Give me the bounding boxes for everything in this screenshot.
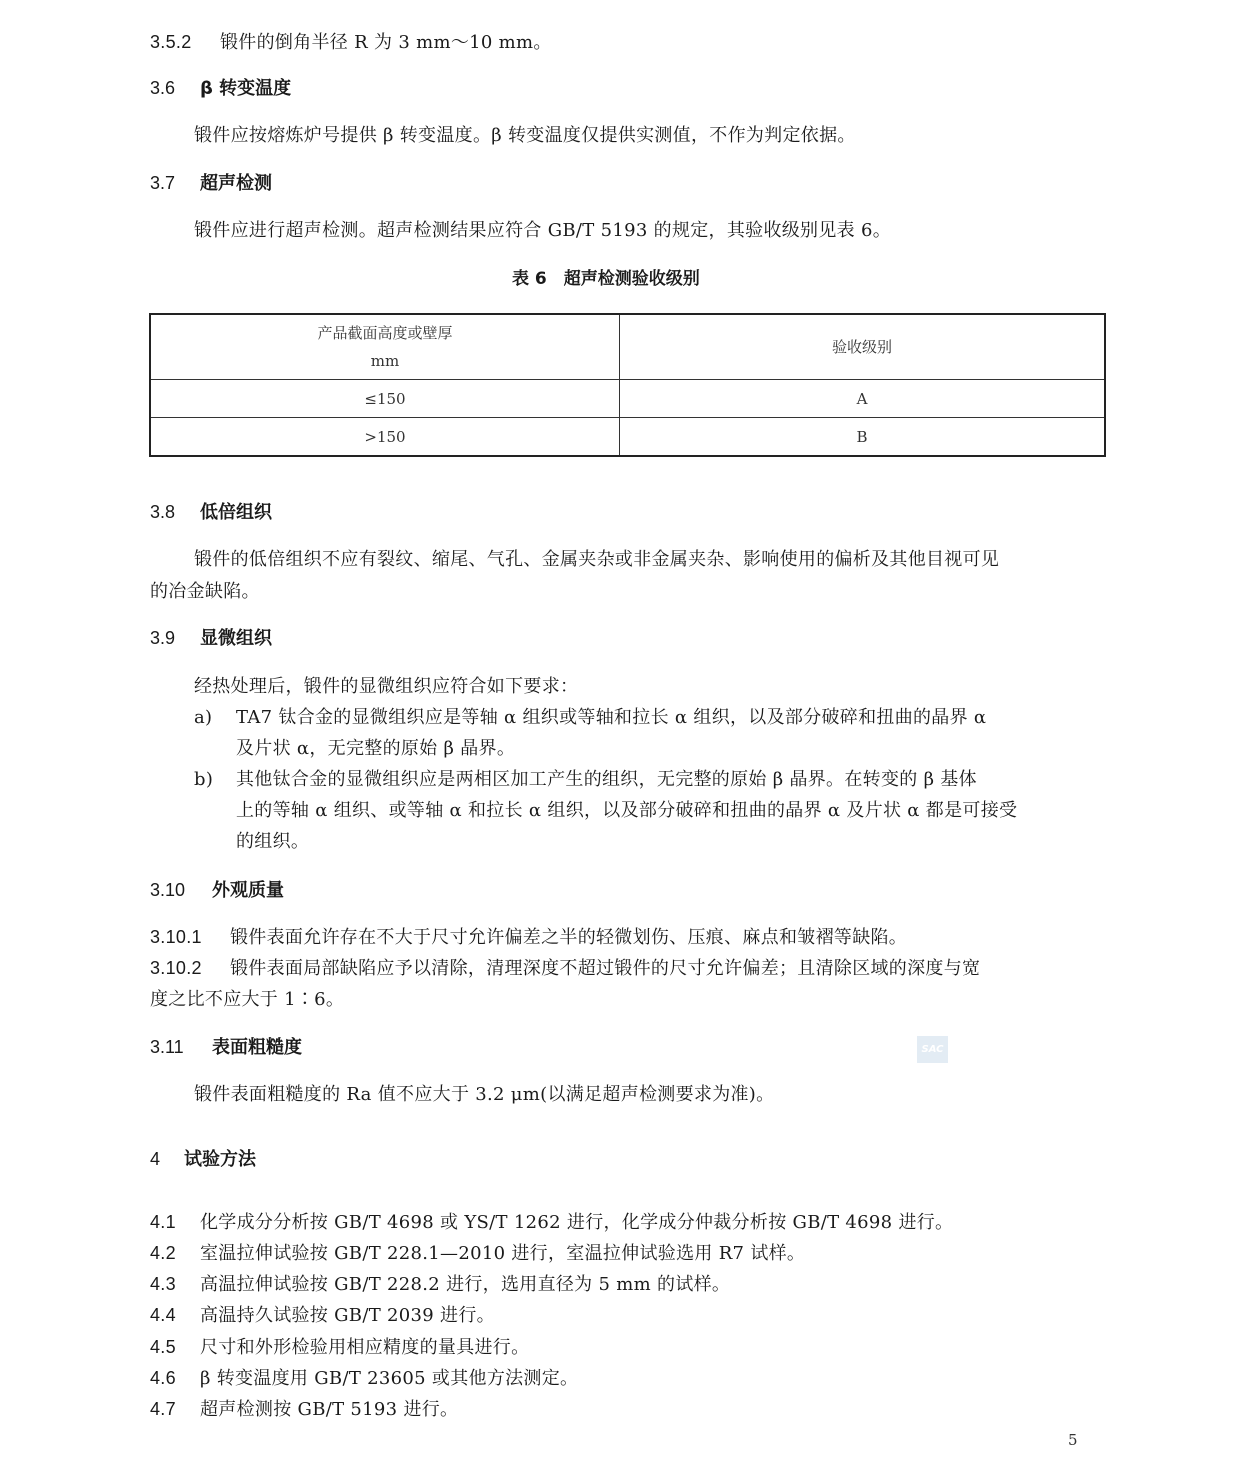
clause-number: 4.7 xyxy=(150,1399,200,1420)
section-heading-3-11: 3.11表面粗糙度 xyxy=(150,1033,302,1059)
section-title: β 转变温度 xyxy=(200,78,291,99)
section-number: 3.10 xyxy=(150,880,212,901)
list-item-b-line3: 的组织。 xyxy=(236,827,309,853)
clause-text: 锻件的倒角半径 R 为 3 mm～10 mm。 xyxy=(220,32,552,53)
clause-number: 4.4 xyxy=(150,1305,200,1326)
list-item-a: a)TA7 钛合金的显微组织应是等轴 α 组织或等轴和拉长 α 组织，以及部分破… xyxy=(194,703,986,729)
clause-4-4: 4.4高温持久试验按 GB/T 2039 进行。 xyxy=(150,1301,495,1327)
cell-grade: A xyxy=(620,380,1106,418)
clause-4-3: 4.3高温拉伸试验按 GB/T 228.2 进行，选用直径为 5 mm 的试样。 xyxy=(150,1270,730,1296)
header-unit: mm xyxy=(152,347,618,375)
clause-number: 3.5.2 xyxy=(150,32,220,53)
clause-3-10-2-line2: 度之比不应大于 1∶6。 xyxy=(150,985,344,1011)
page-number: 5 xyxy=(1068,1431,1078,1449)
clause-3-5-2: 3.5.2锻件的倒角半径 R 为 3 mm～10 mm。 xyxy=(150,28,552,54)
column-header-grade: 验收级别 xyxy=(620,314,1106,380)
section-number: 3.11 xyxy=(150,1037,212,1058)
clause-text: 锻件表面允许存在不大于尺寸允许偏差之半的轻微划伤、压痕、麻点和皱褶等缺陷。 xyxy=(230,927,907,948)
clause-4-6: 4.6β 转变温度用 GB/T 23605 或其他方法测定。 xyxy=(150,1364,578,1390)
column-header-thickness: 产品截面高度或壁厚 mm xyxy=(150,314,620,380)
list-item-a-line2: 及片状 α，无完整的原始 β 晶界。 xyxy=(236,734,515,760)
clause-number: 4.1 xyxy=(150,1212,200,1233)
section-number: 3.6 xyxy=(150,78,200,99)
sac-watermark-logo: SAC xyxy=(917,1036,948,1063)
clause-text: 室温拉伸试验按 GB/T 228.1—2010 进行，室温拉伸试验选用 R7 试… xyxy=(200,1243,805,1264)
clause-text: 高温持久试验按 GB/T 2039 进行。 xyxy=(200,1305,495,1326)
clause-4-5: 4.5尺寸和外形检验用相应精度的量具进行。 xyxy=(150,1333,529,1359)
section-heading-3-9: 3.9显微组织 xyxy=(150,624,272,650)
acceptance-grade-table: 产品截面高度或壁厚 mm 验收级别 ≤150 A >150 B xyxy=(149,313,1106,457)
table-caption: 表 6 超声检测验收级别 xyxy=(512,264,700,289)
clause-number: 4.2 xyxy=(150,1243,200,1264)
clause-number: 4.6 xyxy=(150,1368,200,1389)
section-title: 试验方法 xyxy=(184,1149,256,1170)
list-label: a) xyxy=(194,707,236,728)
section-number: 4 xyxy=(150,1149,184,1170)
clause-4-7: 4.7超声检测按 GB/T 5193 进行。 xyxy=(150,1395,458,1421)
clause-number: 4.5 xyxy=(150,1337,200,1358)
clause-text: 化学成分分析按 GB/T 4698 或 YS/T 1262 进行，化学成分仲裁分… xyxy=(200,1212,953,1233)
clause-number: 3.10.1 xyxy=(150,927,230,948)
section-heading-4: 4试验方法 xyxy=(150,1145,256,1171)
section-body-3-7: 锻件应进行超声检测。超声检测结果应符合 GB/T 5193 的规定，其验收级别见… xyxy=(194,216,891,242)
section-body-3-11: 锻件表面粗糙度的 Ra 值不应大于 3.2 μm(以满足超声检测要求为准)。 xyxy=(194,1080,774,1106)
clause-4-2: 4.2室温拉伸试验按 GB/T 228.1—2010 进行，室温拉伸试验选用 R… xyxy=(150,1239,805,1265)
section-number: 3.8 xyxy=(150,502,200,523)
list-item-b-line2: 上的等轴 α 组织、或等轴 α 和拉长 α 组织，以及部分破碎和扭曲的晶界 α … xyxy=(236,796,1017,822)
section-title: 外观质量 xyxy=(212,880,284,901)
section-heading-3-8: 3.8低倍组织 xyxy=(150,498,272,524)
clause-text: 尺寸和外形检验用相应精度的量具进行。 xyxy=(200,1337,529,1358)
clause-4-1: 4.1化学成分分析按 GB/T 4698 或 YS/T 1262 进行，化学成分… xyxy=(150,1208,953,1234)
cell-thickness: ≤150 xyxy=(150,380,620,418)
clause-text: 高温拉伸试验按 GB/T 228.2 进行，选用直径为 5 mm 的试样。 xyxy=(200,1274,730,1295)
clause-text: 锻件表面局部缺陷应予以清除，清理深度不超过锻件的尺寸允许偏差；且清除区域的深度与… xyxy=(230,958,980,979)
section-number: 3.7 xyxy=(150,173,200,194)
clause-number: 4.3 xyxy=(150,1274,200,1295)
section-title: 显微组织 xyxy=(200,628,272,649)
table-row: ≤150 A xyxy=(150,380,1105,418)
list-text: 其他钛合金的显微组织应是两相区加工产生的组织，无完整的原始 β 晶界。在转变的 … xyxy=(236,769,977,790)
clause-text: β 转变温度用 GB/T 23605 或其他方法测定。 xyxy=(200,1368,578,1389)
table-header-row: 产品截面高度或壁厚 mm 验收级别 xyxy=(150,314,1105,380)
clause-3-10-1: 3.10.1锻件表面允许存在不大于尺寸允许偏差之半的轻微划伤、压痕、麻点和皱褶等… xyxy=(150,923,907,949)
clause-text: 超声检测按 GB/T 5193 进行。 xyxy=(200,1399,458,1420)
list-label: b) xyxy=(194,769,236,790)
section-heading-3-7: 3.7超声检测 xyxy=(150,169,272,195)
section-body-3-8-line1: 锻件的低倍组织不应有裂纹、缩尾、气孔、金属夹杂或非金属夹杂、影响使用的偏析及其他… xyxy=(194,545,999,571)
section-body-3-6: 锻件应按熔炼炉号提供 β 转变温度。β 转变温度仅提供实测值，不作为判定依据。 xyxy=(194,121,856,147)
section-title: 表面粗糙度 xyxy=(212,1037,302,1058)
section-title: 低倍组织 xyxy=(200,502,272,523)
list-text: TA7 钛合金的显微组织应是等轴 α 组织或等轴和拉长 α 组织，以及部分破碎和… xyxy=(236,707,986,728)
table-row: >150 B xyxy=(150,418,1105,457)
section-body-3-8-line2: 的冶金缺陷。 xyxy=(150,577,260,603)
clause-number: 3.10.2 xyxy=(150,958,230,979)
section-title: 超声检测 xyxy=(200,173,272,194)
cell-thickness: >150 xyxy=(150,418,620,457)
section-heading-3-6: 3.6β 转变温度 xyxy=(150,74,291,100)
section-number: 3.9 xyxy=(150,628,200,649)
section-heading-3-10: 3.10外观质量 xyxy=(150,876,284,902)
clause-3-10-2: 3.10.2锻件表面局部缺陷应予以清除，清理深度不超过锻件的尺寸允许偏差；且清除… xyxy=(150,954,980,980)
header-label: 产品截面高度或壁厚 xyxy=(152,319,618,347)
section-intro-3-9: 经热处理后，锻件的显微组织应符合如下要求： xyxy=(194,672,578,698)
cell-grade: B xyxy=(620,418,1106,457)
list-item-b: b)其他钛合金的显微组织应是两相区加工产生的组织，无完整的原始 β 晶界。在转变… xyxy=(194,765,977,791)
